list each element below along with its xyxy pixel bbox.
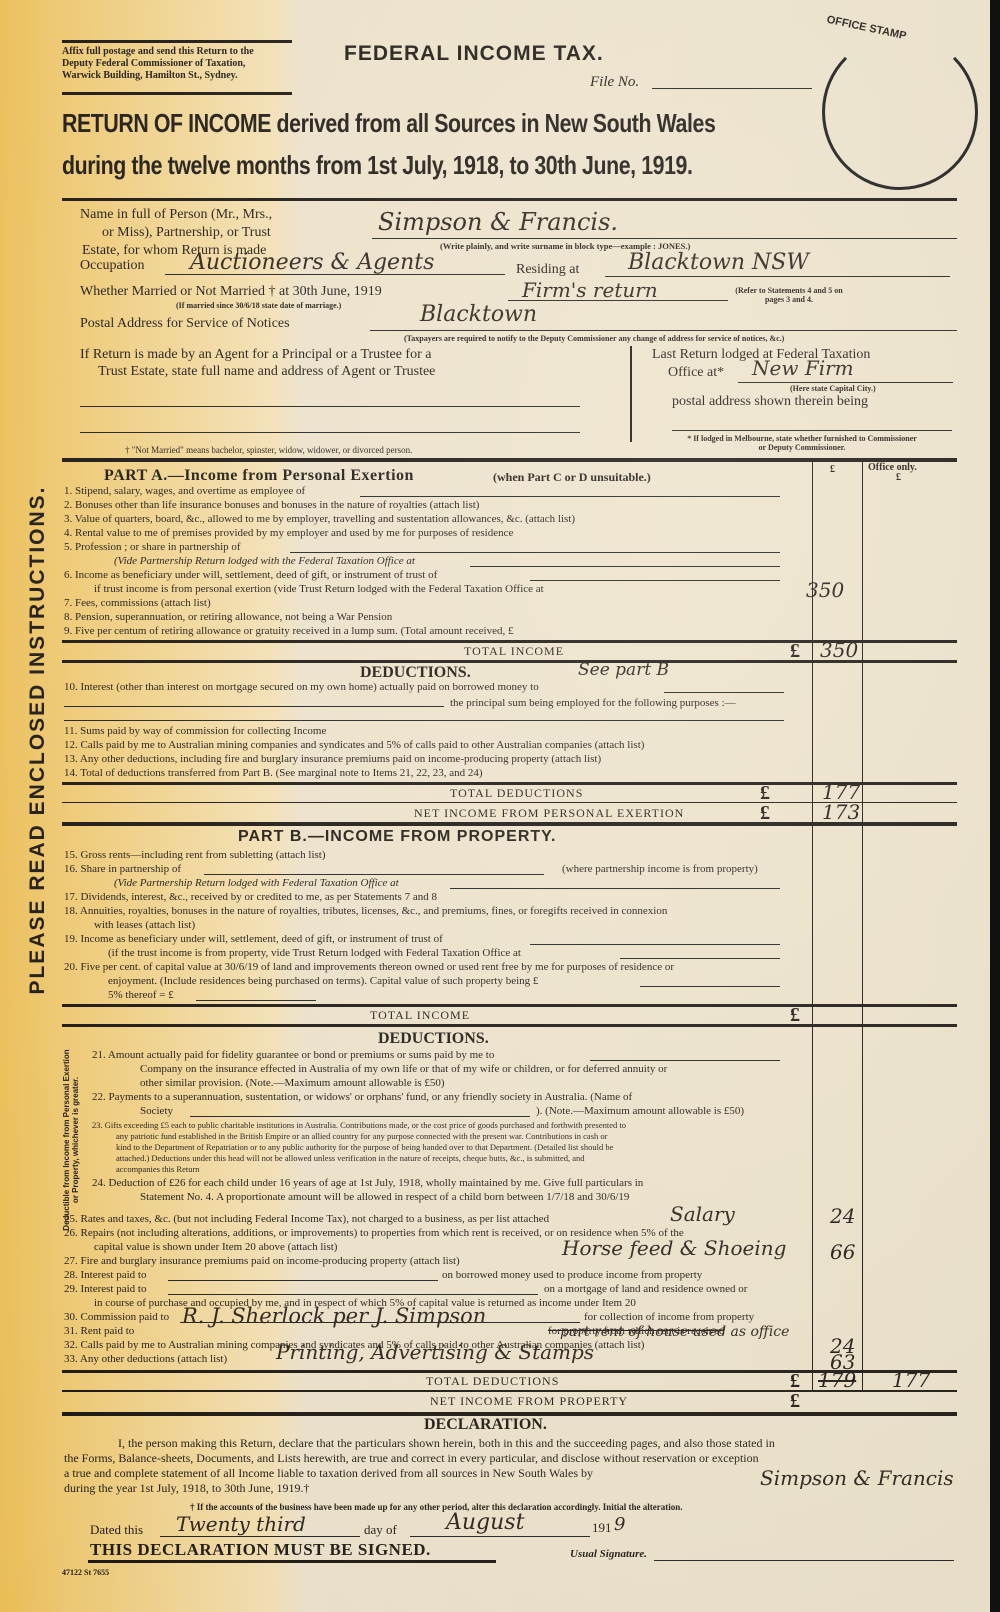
part-a-item-4: 4. Rental value to me of premises provid… <box>64 526 513 540</box>
item-28-field[interactable] <box>168 1280 438 1281</box>
month-value[interactable]: August <box>446 1510 524 1535</box>
name-value[interactable]: Simpson & Francis. <box>378 208 618 236</box>
part-a-item-7: 7. Fees, commissions (attach list) <box>64 596 211 610</box>
item-29-field[interactable] <box>168 1294 538 1295</box>
part-a-item-3: 3. Value of quarters, board, &c., allowe… <box>64 512 575 526</box>
postal-shown-label: postal address shown therein being <box>672 394 868 410</box>
five-percent-field[interactable] <box>196 1000 316 1001</box>
year-suffix[interactable]: 9 <box>614 1514 625 1535</box>
part-b-deductions-title: DEDUCTIONS. <box>378 1030 489 1048</box>
item-31-handwritten[interactable]: R. J. Sherlock per J. Simpson <box>182 1304 486 1328</box>
part-b-item-20: 20. Five per cent. of capital value at 3… <box>64 960 674 974</box>
divider <box>62 198 957 201</box>
month-field-line <box>410 1536 590 1537</box>
dated-label: Dated this <box>90 1522 143 1538</box>
part-b-item-21b: Company on the insurance effected in Aus… <box>140 1062 667 1076</box>
print-code: 47122 St 7655 <box>62 1568 109 1577</box>
office-pound-header: £ <box>896 472 901 483</box>
file-no-label: File No. <box>590 74 639 91</box>
last-return-value[interactable]: New Firm <box>752 356 854 380</box>
part-b-item-26b: capital value is shown under Item 20 abo… <box>94 1240 337 1254</box>
usual-signature-field[interactable] <box>654 1560 954 1561</box>
postal-field-line <box>370 330 957 331</box>
part-b-item-19b: (if the trust income is from property, v… <box>108 946 521 960</box>
day-field-line <box>160 1536 360 1537</box>
part-a-deductions-note: See part B <box>578 660 669 680</box>
part-a-item-9: 9. Five per centum of retiring allowance… <box>64 624 513 638</box>
part-b-item-23: 23. Gifts exceeding £5 each to public ch… <box>92 1120 626 1175</box>
declaration-footnote: † If the accounts of the business have b… <box>190 1502 683 1512</box>
part-b-item-15: 15. Gross rents—including rent from subl… <box>64 848 326 862</box>
form-title: FEDERAL INCOME TAX. <box>344 42 604 66</box>
item-1-field[interactable] <box>360 496 780 497</box>
item-6-field[interactable] <box>530 580 780 581</box>
item-27-handwritten[interactable]: Horse feed & Shoeing <box>562 1236 786 1260</box>
capital-value-field[interactable] <box>640 986 780 987</box>
postal-label: Postal Address for Service of Notices <box>80 316 290 332</box>
part-a-net-income-label: NET INCOME FROM PERSONAL EXERTION <box>414 806 684 821</box>
not-married-note: † "Not Married" means bachelor, spinster… <box>125 445 412 455</box>
part-b-item-24: 24. Deduction of £26 for each child unde… <box>92 1176 643 1190</box>
part-b-item-16: 16. Share in partnership of <box>64 862 181 876</box>
item-16-field[interactable] <box>204 874 544 875</box>
part-a-total-income-label: TOTAL INCOME <box>464 644 564 659</box>
residing-label: Residing at <box>516 262 579 278</box>
part-a-item-1: 1. Stipend, salary, wages, and overtime … <box>64 484 305 498</box>
occupation-label: Occupation <box>80 258 145 274</box>
item-33-handwritten[interactable]: Printing, Advertising & Stamps <box>276 1340 594 1364</box>
part-b-item-25: 25. Rates and taxes, &c. (but not includ… <box>64 1212 549 1226</box>
part-b-total-deductions-label: TOTAL DEDUCTIONS <box>426 1374 559 1389</box>
part-b-total-deductions-struck: 179 <box>818 1368 856 1392</box>
part-b-item-29: 29. Interest paid to <box>64 1282 146 1296</box>
married-label: Whether Married or Not Married † at 30th… <box>80 284 382 300</box>
part-b-total-income-label: TOTAL INCOME <box>370 1008 470 1023</box>
part-b-item-22c: ). (Note.—Maximum amount allowable is £5… <box>536 1104 744 1118</box>
part-a-item-8: 8. Pension, superannuation, or retiring … <box>64 610 392 624</box>
capital-city-hint: (Here state Capital City.) <box>790 384 876 393</box>
agent-label: If Return is made by an Agent for a Prin… <box>80 346 435 380</box>
part-b-item-21: 21. Amount actually paid for fidelity gu… <box>92 1048 494 1062</box>
part-a-item-6b: if trust income is from personal exertio… <box>94 582 544 596</box>
part-b-item-30b: for collection of income from property <box>584 1310 754 1324</box>
divider <box>88 1560 496 1563</box>
part-a-item-13: 13. Any other deductions, including fire… <box>64 752 601 766</box>
part-b-item-30: 30. Commission paid to <box>64 1310 169 1324</box>
part-b-item-21c: other similar provision. (Note.—Maximum … <box>140 1076 445 1090</box>
item-5b-field[interactable] <box>470 566 780 567</box>
day-value[interactable]: Twenty third <box>176 1512 306 1536</box>
item-27-amount[interactable]: 66 <box>830 1240 855 1264</box>
occupation-value[interactable]: Auctioneers & Agents <box>190 250 434 275</box>
part-a-title-note: (when Part C or D unsuitable.) <box>493 470 651 485</box>
pound-column-header: £ <box>830 464 835 475</box>
part-b-total-deductions-value[interactable]: 177 <box>892 1368 930 1392</box>
item-10b-field[interactable] <box>64 706 444 707</box>
item-16b-field[interactable] <box>450 888 780 889</box>
part-a-net-income-value[interactable]: 173 <box>822 800 860 824</box>
part-a-item-5: 5. Profession ; or share in partnership … <box>64 540 241 554</box>
must-sign-notice: THIS DECLARATION MUST BE SIGNED. <box>90 1540 431 1560</box>
part-a-total-income-value[interactable]: 350 <box>820 638 858 662</box>
part-b-item-33: 33. Any other deductions (attach list) <box>64 1352 227 1366</box>
divider <box>62 660 957 663</box>
office-column-divider <box>862 462 863 1392</box>
item-25-amount[interactable]: 24 <box>830 1204 855 1228</box>
married-field-line <box>508 300 728 301</box>
part-b-item-16b: (Vide Partnership Return lodged with Fed… <box>114 876 399 890</box>
part-a-item-5b: (Vide Partnership Return lodged with the… <box>114 554 415 568</box>
part-a-item-6: 6. Income as beneficiary under will, set… <box>64 568 437 582</box>
side-instruction: PLEASE READ ENCLOSED INSTRUCTIONS. <box>28 440 48 1040</box>
name-field-line <box>372 238 957 239</box>
agent-field-line-2[interactable] <box>80 432 580 433</box>
part-a-item-10b: the principal sum being employed for the… <box>450 696 736 710</box>
part-b-item-27: 27. Fire and burglary insurance premiums… <box>64 1254 460 1268</box>
part-b-item-22: 22. Payments to a superannuation, susten… <box>92 1090 632 1104</box>
melbourne-note: * If lodged in Melbourne, state whether … <box>652 434 952 452</box>
margin-note: Deductible from Income from Personal Exe… <box>56 1040 86 1240</box>
postal-value[interactable]: Blacktown <box>420 302 537 327</box>
part-b-item-17: 17. Dividends, interest, &c., received b… <box>64 890 437 904</box>
divider <box>62 92 292 95</box>
file-no-field[interactable] <box>652 88 812 89</box>
divider <box>62 40 292 43</box>
item-19b-field[interactable] <box>620 958 780 959</box>
part-b-item-29b: on a mortgage of land and residence owne… <box>544 1282 747 1296</box>
item-10c-field[interactable] <box>64 720 784 721</box>
item-6-amount[interactable]: 350 <box>806 578 844 602</box>
year-prefix: 191 <box>592 1520 612 1536</box>
item-21-field[interactable] <box>590 1060 780 1061</box>
part-a-item-14: 14. Total of deductions transferred from… <box>64 766 483 780</box>
part-a-title: PART A.—Income from Personal Exertion <box>104 467 414 485</box>
tax-return-form: Affix full postage and send this Return … <box>0 0 990 1612</box>
pound-sign: £ <box>790 1390 800 1413</box>
return-subtitle-2: during the twelve months from 1st July, … <box>62 150 693 181</box>
part-b-item-18: 18. Annuities, royalties, bonuses in the… <box>64 904 667 918</box>
item-5-field[interactable] <box>290 552 780 553</box>
agent-field-line-1[interactable] <box>80 406 580 407</box>
part-a-item-10: 10. Interest (other than interest on mor… <box>64 680 539 694</box>
part-b-item-22b: Society <box>140 1104 173 1118</box>
married-value[interactable]: Firm's return <box>522 278 658 302</box>
office-only-header: Office only. <box>868 462 917 473</box>
last-return-field-line <box>738 382 953 383</box>
part-b-item-31: 31. Rent paid to <box>64 1324 134 1338</box>
part-b-item-28b: on borrowed money used to produce income… <box>442 1268 702 1282</box>
item-19-field[interactable] <box>530 944 780 945</box>
declaration-signer[interactable]: Simpson & Francis <box>760 1466 954 1490</box>
office-stamp-circle <box>822 34 978 190</box>
divider <box>62 1024 957 1027</box>
return-subtitle-1: RETURN OF INCOME derived from all Source… <box>62 108 715 139</box>
day-of-label: day of <box>364 1522 397 1538</box>
divider <box>62 822 957 826</box>
affix-postage-note: Affix full postage and send this Return … <box>62 46 254 82</box>
scan-border <box>990 0 1000 1612</box>
part-b-item-20b: enjoyment. (Include residences being pur… <box>108 974 538 988</box>
part-a-item-2: 2. Bonuses other than life insurance bon… <box>64 498 479 512</box>
part-a-item-12: 12. Calls paid by me to Australian minin… <box>64 738 644 752</box>
part-b-item-19: 19. Income as beneficiary under will, se… <box>64 932 443 946</box>
postal-note: (Taxpayers are required to notify to the… <box>404 334 784 343</box>
part-b-item-16-note: (where partnership income is from proper… <box>562 862 758 876</box>
item-10-field[interactable] <box>664 692 784 693</box>
residing-value[interactable]: Blacktown NSW <box>628 250 809 275</box>
item-25-handwritten[interactable]: Salary <box>670 1202 735 1226</box>
occupation-field-line <box>165 274 505 275</box>
part-a-item-11: 11. Sums paid by way of commission for c… <box>64 724 326 738</box>
part-b-net-income-label: NET INCOME FROM PROPERTY <box>430 1394 628 1409</box>
part-b-item-28: 28. Interest paid to <box>64 1268 146 1282</box>
divider <box>630 346 632 442</box>
part-a-total-deductions-label: TOTAL DEDUCTIONS <box>450 786 583 801</box>
divider <box>62 458 957 462</box>
society-field[interactable] <box>190 1116 530 1117</box>
residing-field-line <box>605 276 950 277</box>
declaration-title: DECLARATION. <box>424 1416 547 1434</box>
part-b-item-24b: Statement No. 4. A proportionate amount … <box>140 1190 629 1204</box>
divider <box>62 1004 957 1007</box>
declaration-text: I, the person making this Return, declar… <box>64 1436 775 1496</box>
part-b-item-20c: 5% thereof = £ <box>108 988 174 1002</box>
divider <box>62 1390 957 1392</box>
postal-shown-field-line[interactable] <box>672 430 952 431</box>
married-note: (If married since 30/6/18 state date of … <box>176 301 341 310</box>
part-b-title: PART B.—INCOME FROM PROPERTY. <box>238 828 557 846</box>
usual-signature-label: Usual Signature. <box>570 1548 647 1560</box>
part-b-item-18b: with leases (attach list) <box>94 918 195 932</box>
married-ref: (Refer to Statements 4 and 5 on pages 3 … <box>734 286 844 304</box>
